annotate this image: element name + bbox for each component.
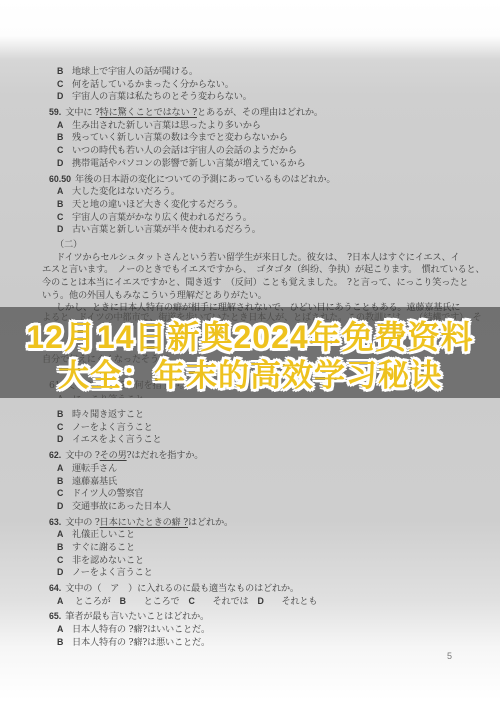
text-segment: 何を話しているかまったく分からない。 — [72, 79, 234, 90]
text-segment: とあるが、その理由はどれか。 — [197, 107, 323, 118]
text-segment: 残っていく新しい言葉の数は今までと変わらないから — [72, 132, 288, 143]
line-number: B — [57, 198, 72, 211]
line-number: D — [57, 223, 72, 236]
document-page: B地球上で宇宙人の話が聞ける。C何を話しているかまったく分からない。D宇宙人の言… — [0, 0, 500, 706]
line-number: C — [57, 487, 72, 500]
text-segment: 地球上で宇宙人の話が聞ける。 — [72, 66, 198, 77]
text-segment: イエスをよく言うこと — [72, 434, 162, 445]
question-line: 64.文中の（ ア ）に入れるのに最も適当なものはどれか。 — [0, 582, 500, 595]
option-line: B地球上で宇宙人の話が聞ける。 — [0, 65, 500, 78]
text-segment: ノーをよく言うこと — [72, 422, 153, 433]
text-segment: 日本にいたときの癖 ? — [100, 517, 188, 528]
option-line: B残っていく新しい言葉の数は今までと変わらないから — [0, 131, 500, 144]
line-number: 62. — [49, 450, 61, 460]
option-line: Cノーをよく言うこと — [0, 421, 500, 434]
option-line: Dイエスをよく言うこと — [0, 433, 500, 446]
question-line: 63.文中の ?日本にいたときの癖 ?はどれか。 — [0, 516, 500, 529]
line-number: C — [57, 211, 72, 224]
text-segment: ところで — [135, 596, 189, 607]
option-line: B時々聞き返すこと — [0, 408, 500, 421]
text-segment: 今のことは本当にイエスですかと、聞き返す （反问）ことも覚えました。 ?と言って… — [42, 277, 468, 288]
line-number: D — [57, 566, 72, 579]
passage-line: 今のことは本当にイエスですかと、聞き返す （反问）ことも覚えました。 ?と言って… — [0, 277, 500, 290]
text-segment: いつの時代も若い人の会話は宇宙人の会話のようだから — [72, 145, 297, 156]
text-segment: 日本人特有の ?癖?はいいことだ。 — [72, 624, 210, 635]
text-segment: それとも — [272, 596, 317, 607]
option-line: C宇宙人の言葉がかなり広く使われるだろう。 — [0, 211, 500, 224]
line-number: A — [57, 462, 72, 475]
option-line: A生み出された新しい言葉は思ったより多いから — [0, 119, 500, 132]
text-segment: 遠藤嘉基氏 — [72, 476, 117, 487]
option-line: A大した変化はないだろう。 — [0, 185, 500, 198]
line-number: B — [57, 636, 72, 649]
line-number: 63. — [49, 517, 61, 527]
line-number: A — [57, 623, 72, 636]
line-number: B — [57, 541, 72, 554]
option-line: Bすぐに謝ること — [0, 541, 500, 554]
option-line: A日本人特有の ?癖?はいいことだ。 — [0, 623, 500, 636]
line-number: B — [57, 65, 72, 78]
text-segment: 天と地の違いほど大きく変化するだろう。 — [72, 199, 243, 210]
option-line: A運転手さん — [0, 462, 500, 475]
text-segment: 文中の ? — [65, 450, 99, 461]
passage-line: いう。他の外国人もみなこういう理解だとありがたい。 — [0, 290, 500, 303]
text-segment: 特に驚くことではない ? — [100, 107, 197, 118]
page-number: 5 — [447, 651, 452, 661]
text-segment: すぐに謝ること — [72, 542, 135, 553]
text-segment: エスと言います。 ノーのときでもイエスですから、 ゴタゴタ（纠纷、争执）が起こり… — [42, 264, 484, 275]
text-segment: 非を認めないこと — [72, 555, 144, 566]
text-segment: 日本人特有の ?癖?は悪いことだ。 — [72, 637, 210, 648]
option-line: D宇宙人の言葉は私たちのとそう変わらない。 — [0, 90, 500, 103]
line-number: 64. — [49, 583, 61, 593]
question-line: 62.文中の ?その男?はだれを指すか。 — [0, 449, 500, 462]
text-segment: 生み出された新しい言葉は思ったより多いから — [72, 120, 261, 131]
text-segment: それでは — [204, 596, 258, 607]
option-line: Cドイツ人の警察官 — [0, 487, 500, 500]
text-segment: 宇宙人の言葉は私たちのとそう変わらない。 — [72, 91, 252, 102]
text-segment: 宇宙人の言葉がかなり広く使われるだろう。 — [72, 212, 252, 223]
option-line: D交通事故にあった日本人 — [0, 500, 500, 513]
line-number: D — [57, 433, 72, 446]
text-segment: 年後の日本語の変化についての予測にあっているものはどれか。 — [75, 174, 335, 185]
option-line: A ところが B ところで C それでは D それとも — [0, 595, 500, 608]
text-segment: 運転手さん — [72, 463, 117, 474]
passage-line: ドイツからセルシュタットさんという若い留学生が来日した。彼女は、 ?日本人はすぐ… — [0, 252, 500, 265]
text-segment: 携帯電話やパソコンの影響で新しい言葉が増えているから — [72, 158, 306, 169]
text-segment: （二） — [55, 239, 82, 250]
line-number: C — [57, 554, 72, 567]
line-number: B — [57, 408, 72, 421]
option-line: B遠藤嘉基氏 — [0, 475, 500, 488]
line-number: 65. — [49, 611, 61, 621]
line-number: 59. — [49, 107, 61, 117]
text-segment: ?はだれを指すか。 — [127, 450, 204, 461]
promo-banner-line2: 大全：年末的高效学习秘诀 — [0, 350, 500, 395]
text-segment: B — [120, 595, 135, 608]
line-number: D — [57, 90, 72, 103]
option-line: D携帯電話やパソコンの影響で新しい言葉が増えているから — [0, 157, 500, 170]
text-segment: 文中の（ ア ）に入れるのに最も適当なものはどれか。 — [65, 583, 299, 594]
text-segment: 時々聞き返すこと — [72, 409, 144, 420]
text-segment: ノーをよく言うこと — [72, 567, 153, 578]
section-label: （二） — [0, 239, 500, 252]
text-segment: 文中に ? — [65, 107, 99, 118]
text-segment: 筆者が最も言いたいことはどれか。 — [65, 611, 209, 622]
question-line: 65.筆者が最も言いたいことはどれか。 — [0, 610, 500, 623]
text-segment: 礼儀正しいこと — [72, 529, 135, 540]
line-number: D — [57, 157, 72, 170]
text-segment: ドイツからセルシュタットさんという若い留学生が来日した。彼女は、 ?日本人はすぐ… — [56, 252, 460, 263]
line-number: B — [57, 475, 72, 488]
line-number: A — [57, 528, 72, 541]
text-segment: D — [257, 595, 272, 608]
line-number: 60.50 — [49, 174, 71, 184]
text-segment: 古い言葉と新しい言葉が半々使われるだろう。 — [72, 224, 261, 235]
line-number: C — [57, 144, 72, 157]
text-segment: C — [189, 595, 204, 608]
option-line: A礼儀正しいこと — [0, 528, 500, 541]
option-line: B天と地の違いほど大きく変化するだろう。 — [0, 198, 500, 211]
question-line: 59.文中に ?特に驚くことではない ?とあるが、その理由はどれか。 — [0, 106, 500, 119]
option-line: D古い言葉と新しい言葉が半々使われるだろう。 — [0, 223, 500, 236]
passage-line: エスと言います。 ノーのときでもイエスですから、 ゴタゴタ（纠纷、争执）が起こり… — [0, 264, 500, 277]
option-line: B日本人特有の ?癖?は悪いことだ。 — [0, 636, 500, 649]
text-segment: 交通事故にあった日本人 — [72, 501, 171, 512]
option-line: C非を認めないこと — [0, 554, 500, 567]
line-number: C — [57, 421, 72, 434]
line-number: D — [57, 500, 72, 513]
text-segment: はどれか。 — [188, 517, 233, 528]
option-line: C何を話しているかまったく分からない。 — [0, 78, 500, 91]
option-line: Cいつの時代も若い人の会話は宇宙人の会話のようだから — [0, 144, 500, 157]
option-line: Dノーをよく言うこと — [0, 566, 500, 579]
text-segment: ところが — [72, 596, 120, 607]
line-number: A — [57, 119, 72, 132]
question-line: 60.50年後の日本語の変化についての予測にあっているものはどれか。 — [0, 173, 500, 186]
text-segment: A — [57, 595, 72, 608]
line-number: A — [57, 185, 72, 198]
text-segment: 文中の ? — [65, 517, 99, 528]
promo-banner: よると、ドイツの中都市で、街道を歩いていたとき日本人が、とばされた。この教訓には… — [0, 307, 500, 398]
text-segment: 大した変化はないだろう。 — [72, 186, 180, 197]
text-segment: ドイツ人の警察官 — [72, 488, 143, 499]
text-segment: いう。他の外国人もみなこういう理解だとありがたい。 — [42, 290, 267, 301]
line-number: C — [57, 78, 72, 91]
text-segment: その男 — [100, 450, 127, 461]
line-number: B — [57, 131, 72, 144]
